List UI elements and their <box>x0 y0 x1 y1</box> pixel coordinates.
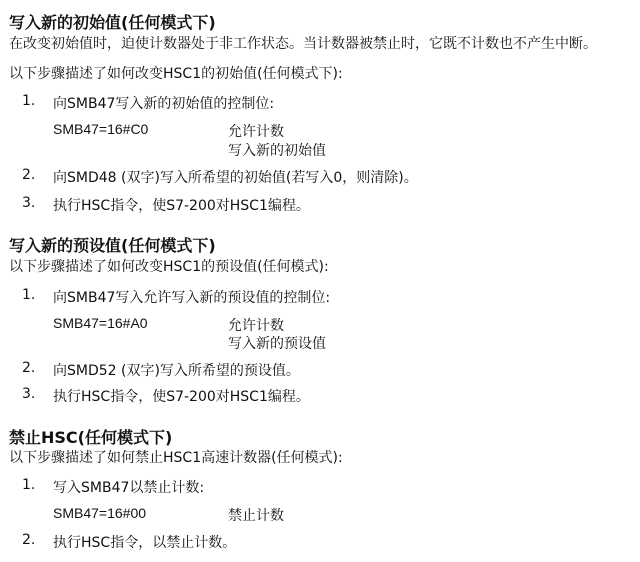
step-number: 2. <box>22 360 35 376</box>
section-lead: 以下步骤描述了如何改变HSC1的预设值(任何模式): <box>9 256 329 276</box>
step-number: 3. <box>22 386 35 402</box>
step-number: 2. <box>22 167 35 183</box>
step-text: 写入SMB47以禁止计数: <box>53 477 204 497</box>
section-intro: 在改变初始值时，迫使计数器处于非工作状态。当计数器被禁止时，它既不计数也不产生中… <box>9 33 597 53</box>
step-number: 2. <box>22 532 35 548</box>
section-title-preset-value: 写入新的预设值(任何模式下) <box>9 233 216 256</box>
section-title-disable-hsc: 禁止HSC(任何模式下) <box>9 425 172 448</box>
step-number: 1. <box>22 287 35 303</box>
code-value: SMB47=16#00 <box>53 505 146 521</box>
step-text: 执行HSC指令，使S7-200对HSC1编程。 <box>53 195 310 215</box>
section-lead: 以下步骤描述了如何禁止HSC1高速计数器(任何模式): <box>9 447 343 467</box>
step-number: 3. <box>22 195 35 211</box>
code-note: 禁止计数 <box>228 505 284 525</box>
code-value: SMB47=16#A0 <box>53 315 148 331</box>
step-number: 1. <box>22 477 35 493</box>
code-value: SMB47=16#C0 <box>53 121 148 137</box>
step-number: 1. <box>22 93 35 109</box>
step-text: 向SMD48 (双字)写入所希望的初始值(若写入0，则清除)。 <box>53 167 418 187</box>
code-note: 写入新的初始值 <box>228 140 326 160</box>
step-text: 执行HSC指令，以禁止计数。 <box>53 532 236 552</box>
section-lead: 以下步骤描述了如何改变HSC1的初始值(任何模式下): <box>9 63 343 83</box>
step-text: 向SMB47写入新的初始值的控制位: <box>53 93 274 113</box>
section-title-initial-value: 写入新的初始值(任何模式下) <box>9 10 216 33</box>
step-text: 向SMB47写入允许写入新的预设值的控制位: <box>53 287 330 307</box>
step-text: 执行HSC指令，使S7-200对HSC1编程。 <box>53 386 310 406</box>
code-note: 允许计数 <box>228 315 284 335</box>
code-note: 允许计数 <box>228 121 284 141</box>
step-text: 向SMD52 (双字)写入所希望的预设值。 <box>53 360 300 380</box>
code-note: 写入新的预设值 <box>228 333 326 353</box>
